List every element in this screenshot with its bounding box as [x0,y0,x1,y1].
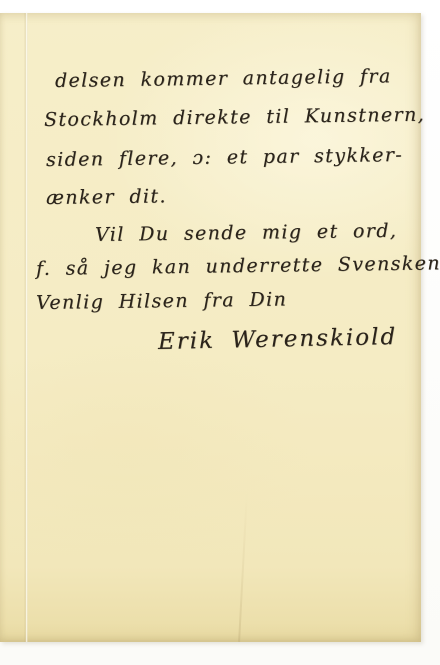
letter-page: delsen kommer antagelig fra Stockholm di… [0,13,421,642]
handwriting-line-3: siden flere, ɔ: et par stykker- [46,144,403,171]
handwriting-line-6: f. så jeg kan underrette Svensken. [36,252,440,280]
handwriting-line-5: Vil Du sende mig et ord, [95,220,398,246]
signature: Erik Werenskiold [158,324,398,355]
handwriting-line-2: Stockholm direkte til Kunstnern, [44,104,425,131]
handwriting-line-1: delsen kommer antagelig fra [55,65,392,92]
fold-crease-left [24,13,28,642]
fold-crease-bottom [238,492,248,642]
handwriting-line-4: ænker dit. [46,185,167,209]
scan-background: delsen kommer antagelig fra Stockholm di… [0,0,440,665]
closing-line: Venlig Hilsen fra Din [36,288,288,314]
